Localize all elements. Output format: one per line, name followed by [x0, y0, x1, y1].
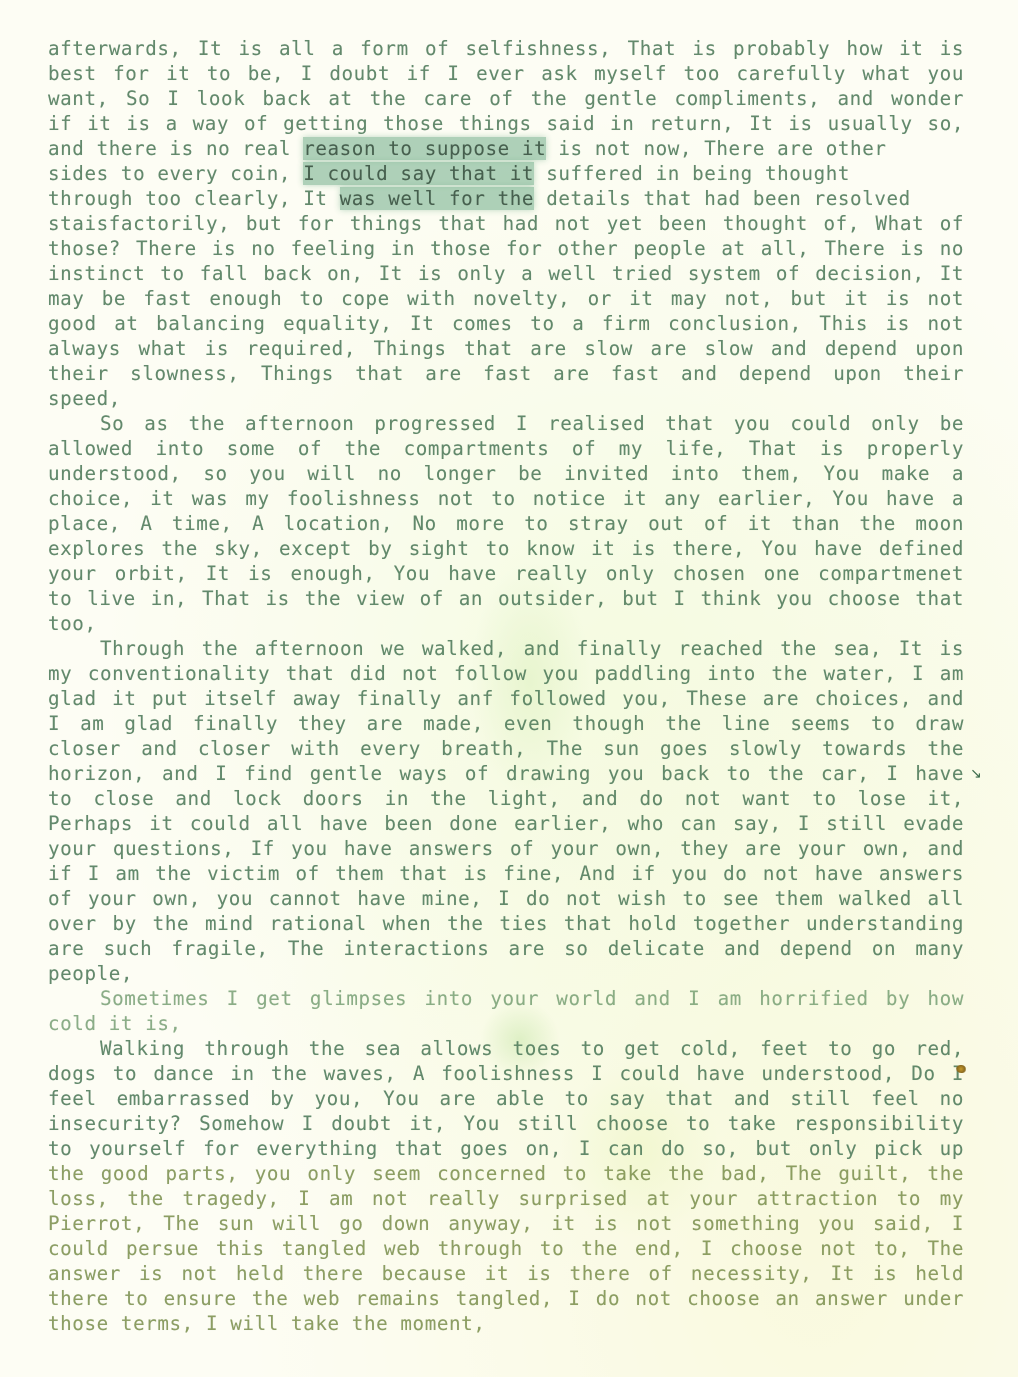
- text-segment: details that had been resolved: [534, 187, 911, 210]
- highlighted-text: was well for the: [340, 187, 534, 210]
- text-line: afterwards, It is all a form of selfishn…: [48, 36, 964, 61]
- text-line: your orbit, It is enough, You have reall…: [48, 561, 964, 586]
- text-line: and there is no real reason to suppose i…: [48, 136, 964, 161]
- text-line: best for it to be, I doubt if I ever ask…: [48, 61, 964, 86]
- text-line: if it is a way of getting those things s…: [48, 111, 964, 136]
- text-line: feel embarrassed by you, You are able to…: [48, 1086, 964, 1111]
- text-line: allowed into some of the compartments of…: [48, 436, 964, 461]
- text-line: horizon, and I find gentle ways of drawi…: [48, 761, 964, 786]
- text-line: instinct to fall back on, It is only a w…: [48, 261, 964, 286]
- text-line: insecurity? Somehow I doubt it, You stil…: [48, 1111, 964, 1136]
- text-line: people,: [48, 961, 964, 986]
- text-segment: through too clearly, It: [48, 187, 340, 210]
- text-line: understood, so you will no longer be inv…: [48, 461, 964, 486]
- text-line: always what is required, Things that are…: [48, 336, 964, 361]
- text-segment: sides to every coin,: [48, 162, 303, 185]
- text-segment: is not now, There are other: [546, 137, 886, 160]
- text-line: are such fragile, The interactions are s…: [48, 936, 964, 961]
- text-line: there to ensure the web remains tangled,…: [48, 1286, 964, 1311]
- highlighted-text: reason to suppose it: [303, 137, 546, 160]
- text-line: Sometimes I get glimpses into your world…: [48, 986, 964, 1011]
- text-line: closer and closer with every breath, The…: [48, 736, 964, 761]
- text-line: choice, it was my foolishness not to not…: [48, 486, 964, 511]
- text-line: Walking through the sea allows toes to g…: [48, 1036, 964, 1061]
- text-line: those? There is no feeling in those for …: [48, 236, 964, 261]
- text-line: explores the sky, except by sight to kno…: [48, 536, 964, 561]
- text-line: Through the afternoon we walked, and fin…: [48, 636, 964, 661]
- text-line: their slowness, Things that are fast are…: [48, 361, 964, 386]
- text-line: So as the afternoon progressed I realise…: [48, 411, 964, 436]
- text-segment: suffered in being thought: [534, 162, 850, 185]
- text-line: place, A time, A location, No more to st…: [48, 511, 964, 536]
- text-line: Pierrot, The sun will go down anyway, it…: [48, 1211, 964, 1236]
- text-line: could persue this tangled web through to…: [48, 1236, 964, 1261]
- text-segment: and there is no real: [48, 137, 303, 160]
- text-line: want, So I look back at the care of the …: [48, 86, 964, 111]
- text-line: if I am the victim of them that is fine,…: [48, 861, 964, 886]
- text-line: to live in, That is the view of an outsi…: [48, 586, 964, 611]
- text-line: my conventionality that did not follow y…: [48, 661, 964, 686]
- text-line: dogs to dance in the waves, A foolishnes…: [48, 1061, 964, 1086]
- text-line: over by the mind rational when the ties …: [48, 911, 964, 936]
- text-line: your questions, If you have answers of y…: [48, 836, 964, 861]
- typed-document-page: afterwards, It is all a form of selfishn…: [48, 36, 964, 1336]
- highlighted-text: I could say that it: [303, 162, 534, 185]
- text-line: too,: [48, 611, 964, 636]
- text-line: the good parts, you only seem concerned …: [48, 1161, 964, 1186]
- text-line: cold it is,: [48, 1011, 964, 1036]
- text-line: good at balancing equality, It comes to …: [48, 311, 964, 336]
- text-line: speed,: [48, 386, 964, 411]
- text-line: staisfactorily, but for things that had …: [48, 211, 964, 236]
- text-line: glad it put itself away finally anf foll…: [48, 686, 964, 711]
- text-line: I am glad finally they are made, even th…: [48, 711, 964, 736]
- text-line: may be fast enough to cope with novelty,…: [48, 286, 964, 311]
- text-line: those terms, I will take the moment,: [48, 1311, 964, 1336]
- text-line: to yourself for everything that goes on,…: [48, 1136, 964, 1161]
- text-line: sides to every coin, I could say that it…: [48, 161, 964, 186]
- text-line: through too clearly, It was well for the…: [48, 186, 964, 211]
- text-line: to close and lock doors in the light, an…: [48, 786, 964, 811]
- text-line: of your own, you cannot have mine, I do …: [48, 886, 964, 911]
- text-line: answer is not held there because it is t…: [48, 1261, 964, 1286]
- text-line: loss, the tragedy, I am not really surpr…: [48, 1186, 964, 1211]
- pen-mark-icon: ↘: [970, 766, 982, 782]
- ink-blot-mark: [956, 1065, 966, 1073]
- text-line: Perhaps it could all have been done earl…: [48, 811, 964, 836]
